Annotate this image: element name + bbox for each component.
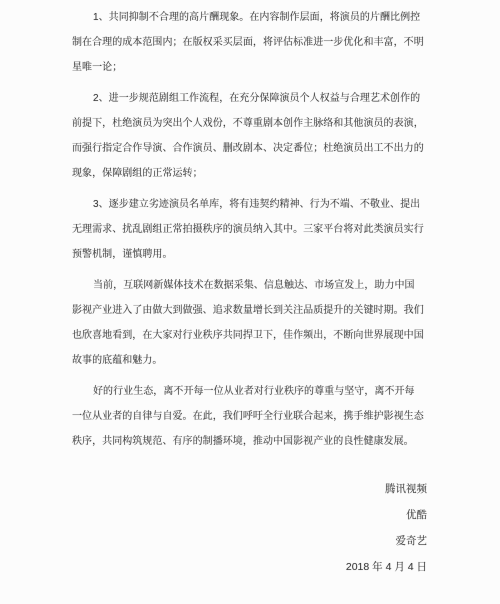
paragraph-2-line: 现象，保障剧组的正常运转； <box>72 161 427 186</box>
paragraph-1-line: 1、共同抑制不合理的高片酬现象。在内容制作层面，将演员的片酬比例控 <box>72 5 427 30</box>
paragraph-3: 3、逐步建立劣迹演员名单库，将有违契约精神、行为不端、不敬业、提出 无理需求、扰… <box>72 192 427 267</box>
paragraph-2-line: 而强行指定合作导演、合作演员、删改剧本、决定番位；杜绝演员出工不出力的 <box>72 136 427 161</box>
signature-block: 腾讯视频 优酷 爱奇艺 2018 年 4 月 4 日 <box>72 476 427 580</box>
paragraph-5-line: 好的行业生态，离不开每一位从业者对行业秩序的尊重与坚守，离不开每 <box>72 379 427 404</box>
statement-document: 1、共同抑制不合理的高片酬现象。在内容制作层面，将演员的片酬比例控 制在合理的成… <box>0 0 500 604</box>
signature-iqiyi: 爱奇艺 <box>72 528 427 554</box>
paragraph-4-line: 也欣喜地看到，在大家对行业秩序共同捍卫下，佳作频出，不断向世界展现中国 <box>72 323 427 348</box>
paragraph-5-line: 秩序，共同构筑规范、有序的制播环境，推动中国影视产业的良性健康发展。 <box>72 429 427 454</box>
paragraph-1-line: 制在合理的成本范围内；在版权采买层面，将评估标准进一步优化和丰富，不明 <box>72 30 427 55</box>
paragraph-3-line: 预警机制，谨慎聘用。 <box>72 242 427 267</box>
paragraph-4-line: 影视产业进入了由做大到做强、追求数量增长到关注品质提升的关键时期。我们 <box>72 298 427 323</box>
document-date: 2018 年 4 月 4 日 <box>72 554 427 580</box>
paragraph-2-line: 2、进一步规范剧组工作流程，在充分保障演员个人权益与合理艺术创作的 <box>72 86 427 111</box>
paragraph-2-line: 前提下，杜绝演员为突出个人戏份，不尊重剧本创作主脉络和其他演员的表演， <box>72 111 427 136</box>
paragraph-2: 2、进一步规范剧组工作流程，在充分保障演员个人权益与合理艺术创作的 前提下，杜绝… <box>72 86 427 186</box>
paragraph-3-line: 3、逐步建立劣迹演员名单库，将有违契约精神、行为不端、不敬业、提出 <box>72 192 427 217</box>
paragraph-1-line: 星唯一论； <box>72 55 427 80</box>
paragraph-3-line: 无理需求、扰乱剧组正常拍摄秩序的演员纳入其中。三家平台将对此类演员实行 <box>72 217 427 242</box>
signature-youku: 优酷 <box>72 502 427 528</box>
paragraph-4: 当前，互联网新媒体技术在数据采集、信息触达、市场宣发上，助力中国 影视产业进入了… <box>72 273 427 373</box>
paragraph-4-line: 故事的底蕴和魅力。 <box>72 348 427 373</box>
paragraph-5-line: 一位从业者的自律与自爱。在此，我们呼吁全行业联合起来，携手维护影视生态 <box>72 404 427 429</box>
paragraph-1: 1、共同抑制不合理的高片酬现象。在内容制作层面，将演员的片酬比例控 制在合理的成… <box>72 5 427 80</box>
paragraph-4-line: 当前，互联网新媒体技术在数据采集、信息触达、市场宣发上，助力中国 <box>72 273 427 298</box>
signature-tencent-video: 腾讯视频 <box>72 476 427 502</box>
paragraph-5: 好的行业生态，离不开每一位从业者对行业秩序的尊重与坚守，离不开每 一位从业者的自… <box>72 379 427 454</box>
